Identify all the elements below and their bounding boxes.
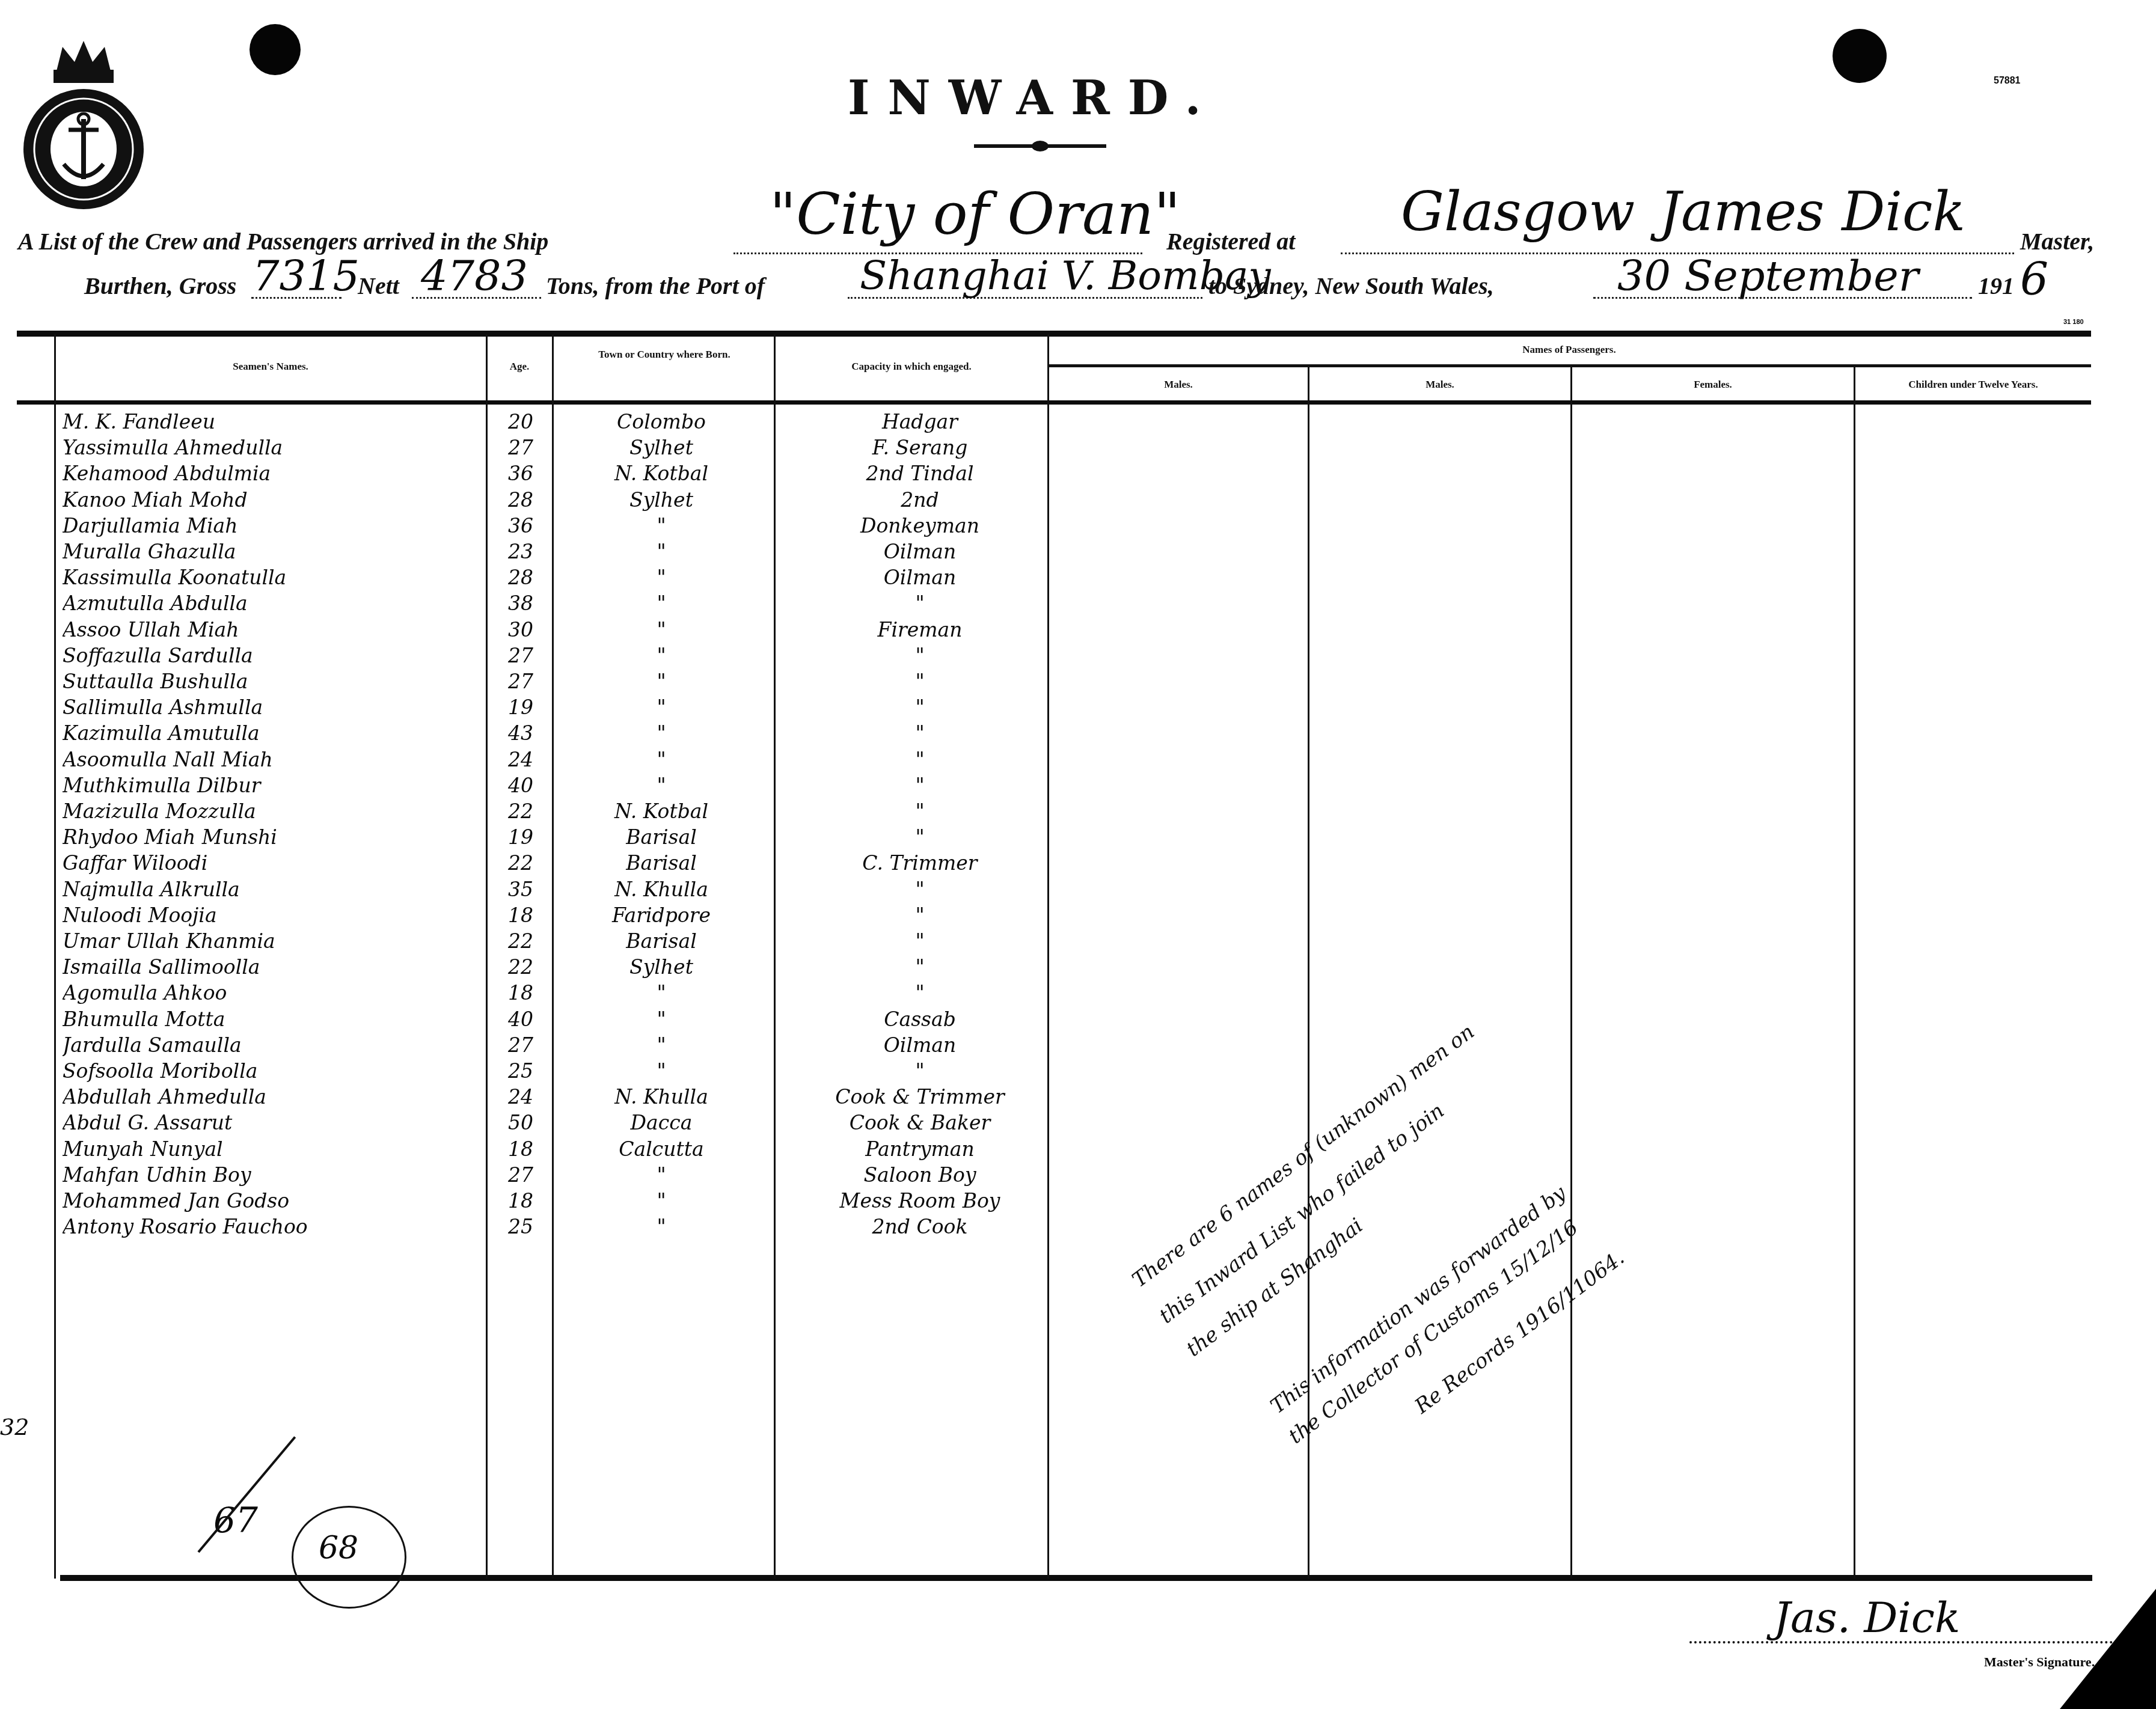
scan-corner-shadow	[2060, 1589, 2156, 1709]
crew-row: Munyah Nunyal18CalcuttaPantryman	[0, 1136, 1058, 1162]
crew-row: Muralla Ghazulla23"Oilman	[0, 539, 1058, 564]
crew-birthplace: "	[559, 539, 764, 564]
crew-row: Kazimulla Amutulla43""	[0, 720, 1058, 746]
crew-birthplace: "	[559, 720, 764, 746]
crew-row: Agomulla Ahkoo18""	[0, 980, 1058, 1006]
crew-capacity: 2nd Cook	[782, 1214, 1058, 1240]
crew-name: Darjullamia Miah	[63, 513, 477, 539]
crew-birthplace: "	[559, 1188, 764, 1214]
crew-age: 27	[492, 668, 550, 694]
crew-row: Antony Rosario Fauchoo25"2nd Cook	[0, 1214, 1058, 1240]
table-top-rule	[17, 331, 2091, 337]
crew-name: Rhydoo Miah Munshi	[63, 824, 477, 850]
crew-row: Muthkimulla Dilbur40""	[0, 772, 1058, 798]
crew-name: Abdullah Ahmedulla	[63, 1084, 477, 1110]
crew-age: 18	[492, 1136, 550, 1162]
title-ornament-rule	[974, 144, 1106, 148]
crew-birthplace: Barisal	[559, 850, 764, 876]
crew-name: Suttaulla Bushulla	[63, 668, 477, 694]
crew-age: 27	[492, 1162, 550, 1188]
crew-age: 18	[492, 1188, 550, 1214]
crew-age: 18	[492, 980, 550, 1006]
crew-birthplace: "	[559, 564, 764, 590]
document-title: INWARD.	[848, 71, 1219, 126]
table-header-bottom-rule	[17, 400, 2091, 405]
crew-row: Jardulla Samaulla27"Oilman	[0, 1032, 1058, 1058]
crew-name: Azmutulla Abdulla	[63, 590, 477, 616]
crew-row: Sofsoolla Moribolla25""	[0, 1058, 1058, 1084]
crew-birthplace: "	[559, 1006, 764, 1032]
crew-name: Kehamood Abdulmia	[63, 460, 477, 486]
crew-row: Rhydoo Miah Munshi19Barisal"	[0, 824, 1058, 850]
col-header-passengers-females: Females.	[1572, 379, 1854, 391]
crew-capacity: "	[782, 798, 1058, 824]
nett-tons-field[interactable]: 4783	[421, 251, 528, 301]
gross-tons-field[interactable]: 7315	[253, 251, 360, 301]
crew-birthplace: N. Khulla	[559, 1084, 764, 1110]
crew-birthplace: "	[559, 617, 764, 643]
crew-age: 40	[492, 1006, 550, 1032]
crew-age: 30	[492, 617, 550, 643]
crew-age: 43	[492, 720, 550, 746]
crew-birthplace: "	[559, 694, 764, 720]
crew-name: Nuloodi Moojia	[63, 902, 477, 928]
crew-age: 28	[492, 487, 550, 513]
crew-name: M. K. Fandleeu	[63, 409, 477, 435]
crew-capacity: F. Serang	[782, 435, 1058, 460]
crew-birthplace: "	[559, 747, 764, 772]
crew-age: 22	[492, 928, 550, 954]
crew-name: Muthkimulla Dilbur	[63, 772, 477, 798]
crew-birthplace: N. Kotbal	[559, 798, 764, 824]
crew-row: Suttaulla Bushulla27""	[0, 668, 1058, 694]
col-header-passengers: Names of Passengers.	[1047, 344, 2091, 356]
crew-age: 22	[492, 954, 550, 980]
crew-capacity: "	[782, 747, 1058, 772]
burthen-label: Burthen, Gross	[84, 272, 236, 300]
crew-birthplace: Sylhet	[559, 435, 764, 460]
crew-capacity: "	[782, 824, 1058, 850]
crew-age: 24	[492, 747, 550, 772]
crew-name: Muralla Ghazulla	[63, 539, 477, 564]
crew-capacity: Oilman	[782, 564, 1058, 590]
registered-label: Registered at	[1166, 227, 1295, 255]
crew-capacity: "	[782, 772, 1058, 798]
master-signature[interactable]: Jas. Dick	[1774, 1593, 1960, 1642]
crew-name: Umar Ullah Khanmia	[63, 928, 477, 954]
crew-row: Gaffar Wiloodi22BarisalC. Trimmer	[0, 850, 1058, 876]
crew-name: Mazizulla Mozzulla	[63, 798, 477, 824]
crew-capacity: Fireman	[782, 617, 1058, 643]
crew-birthplace: "	[559, 772, 764, 798]
crew-birthplace: N. Kotbal	[559, 460, 764, 486]
crew-row: Azmutulla Abdulla38""	[0, 590, 1058, 616]
col-header-passengers-males-1: Males.	[1049, 379, 1308, 391]
crew-name: Jardulla Samaulla	[63, 1032, 477, 1058]
crew-name: Sallimulla Ashmulla	[63, 694, 477, 720]
total-circled: 68	[319, 1530, 358, 1566]
crew-capacity: "	[782, 902, 1058, 928]
crew-birthplace: Barisal	[559, 928, 764, 954]
nett-label: Nett	[358, 272, 399, 300]
crew-row: Sallimulla Ashmulla19""	[0, 694, 1058, 720]
master-name-field[interactable]: James Dick	[1659, 180, 1965, 243]
crew-name: Ismailla Sallimoolla	[63, 954, 477, 980]
registered-port-field[interactable]: Glasgow	[1401, 180, 1635, 243]
crew-capacity: Pantryman	[782, 1136, 1058, 1162]
master-label: Master,	[2020, 227, 2094, 255]
crew-row: Ismailla Sallimoolla22Sylhet"	[0, 954, 1058, 980]
crew-birthplace: N. Khulla	[559, 876, 764, 902]
crew-capacity: "	[782, 590, 1058, 616]
from-port-label: Tons, from the Port of	[546, 272, 765, 300]
col-header-passengers-children: Children under Twelve Years.	[1855, 379, 2091, 391]
crew-age: 19	[492, 694, 550, 720]
crew-name: Bhumulla Motta	[63, 1006, 477, 1032]
arrival-date-field[interactable]: 30 September	[1617, 251, 1919, 301]
crew-age: 24	[492, 1084, 550, 1110]
crew-row: Mazizulla Mozzulla22N. Kotbal"	[0, 798, 1058, 824]
crew-capacity: Saloon Boy	[782, 1162, 1058, 1188]
crew-birthplace: "	[559, 643, 764, 668]
small-code: 31 180	[2063, 319, 2084, 326]
crew-name: Munyah Nunyal	[63, 1136, 477, 1162]
crew-row: Umar Ullah Khanmia22Barisal"	[0, 928, 1058, 954]
crew-capacity: "	[782, 954, 1058, 980]
crew-capacity: Cook & Trimmer	[782, 1084, 1058, 1110]
crew-row: Kanoo Miah Mohd28Sylhet2nd	[0, 487, 1058, 513]
crew-name: Gaffar Wiloodi	[63, 850, 477, 876]
year-printed: 191	[1978, 272, 2014, 300]
crew-capacity: 2nd Tindal	[782, 460, 1058, 486]
crew-age: 28	[492, 564, 550, 590]
crew-row: Assoo Ullah Miah30"Fireman	[0, 617, 1058, 643]
crew-row: Najmulla Alkrulla35N. Khulla"	[0, 876, 1058, 902]
crew-row: Abdul G. Assarut50DaccaCook & Baker	[0, 1110, 1058, 1136]
crew-capacity: "	[782, 980, 1058, 1006]
crew-row: Nuloodi Moojia18Faridpore"	[0, 902, 1058, 928]
crew-birthplace: "	[559, 980, 764, 1006]
to-sydney-label: to Sydney, New South Wales,	[1208, 272, 1494, 300]
punch-hole-right	[1833, 29, 1887, 83]
crew-name: Abdul G. Assarut	[63, 1110, 477, 1136]
crew-capacity: Hadgar	[782, 409, 1058, 435]
crew-name: Mohammed Jan Godso	[63, 1188, 477, 1214]
crew-row: Kassimulla Koonatulla28"Oilman	[0, 564, 1058, 590]
crew-birthplace: Sylhet	[559, 954, 764, 980]
crew-birthplace: "	[559, 1162, 764, 1188]
crew-age: 23	[492, 539, 550, 564]
crew-age: 40	[492, 772, 550, 798]
crew-age: 27	[492, 1032, 550, 1058]
ship-name-field[interactable]: "City of Oran"	[770, 180, 1180, 248]
crew-name: Sofsoolla Moribolla	[63, 1058, 477, 1084]
crew-capacity: Oilman	[782, 539, 1058, 564]
crew-birthplace: "	[559, 590, 764, 616]
passenger-subheader-rule	[1047, 364, 2091, 367]
crew-birthplace: Sylhet	[559, 487, 764, 513]
crew-age: 35	[492, 876, 550, 902]
crew-row: Kehamood Abdulmia36N. Kotbal2nd Tindal	[0, 460, 1058, 486]
crew-birthplace: Faridpore	[559, 902, 764, 928]
crew-capacity: "	[782, 643, 1058, 668]
crew-row: Abdullah Ahmedulla24N. KhullaCook & Trim…	[0, 1084, 1058, 1110]
crew-birthplace: "	[559, 1032, 764, 1058]
crew-capacity: Cook & Baker	[782, 1110, 1058, 1136]
crew-age: 20	[492, 409, 550, 435]
crew-row: Mohammed Jan Godso18"Mess Room Boy	[0, 1188, 1058, 1214]
crew-age: 19	[492, 824, 550, 850]
crew-birthplace: Barisal	[559, 824, 764, 850]
crew-age: 22	[492, 850, 550, 876]
year-hand-field[interactable]: 6	[2020, 254, 2048, 305]
crew-capacity: "	[782, 1058, 1058, 1084]
crew-row: Mahfan Udhin Boy27"Saloon Boy	[0, 1162, 1058, 1188]
crew-name: Kassimulla Koonatulla	[63, 564, 477, 590]
crew-birthplace: "	[559, 1214, 764, 1240]
crew-row: Bhumulla Motta40"Cassab	[0, 1006, 1058, 1032]
crew-birthplace: Calcutta	[559, 1136, 764, 1162]
crew-capacity: Donkeyman	[782, 513, 1058, 539]
crew-capacity: Oilman	[782, 1032, 1058, 1058]
col-divider-6	[1570, 367, 1572, 1579]
crew-row: M. K. Fandleeu20ColomboHadgar	[0, 409, 1058, 435]
col-header-passengers-males-2: Males.	[1309, 379, 1570, 391]
col-header-capacity: Capacity in which engaged.	[776, 361, 1047, 373]
crew-name: Agomulla Ahkoo	[63, 980, 477, 1006]
form-number: 57881	[1994, 76, 2021, 87]
crew-capacity: "	[782, 928, 1058, 954]
margin-mark: 32	[0, 1414, 29, 1440]
crew-row: Soffazulla Sardulla27""	[0, 643, 1058, 668]
crew-birthplace: "	[559, 1058, 764, 1084]
crew-age: 25	[492, 1058, 550, 1084]
crew-birthplace: "	[559, 668, 764, 694]
anchor-crown-seal-icon	[20, 29, 147, 209]
col-divider-7	[1854, 367, 1855, 1579]
crew-age: 25	[492, 1214, 550, 1240]
crew-name: Antony Rosario Fauchoo	[63, 1214, 477, 1240]
crew-row: Asoomulla Nall Miah24""	[0, 747, 1058, 772]
crew-capacity: Mess Room Boy	[782, 1188, 1058, 1214]
punch-hole-left	[250, 24, 301, 75]
crew-row: Yassimulla Ahmedulla27SylhetF. Serang	[0, 435, 1058, 460]
crew-age: 18	[492, 902, 550, 928]
crew-name: Mahfan Udhin Boy	[63, 1162, 477, 1188]
crew-name: Kanoo Miah Mohd	[63, 487, 477, 513]
crew-capacity: Cassab	[782, 1006, 1058, 1032]
crew-capacity: "	[782, 876, 1058, 902]
crew-capacity: 2nd	[782, 487, 1058, 513]
crew-capacity: "	[782, 694, 1058, 720]
crew-name: Najmulla Alkrulla	[63, 876, 477, 902]
crew-capacity: "	[782, 720, 1058, 746]
col-header-age: Age.	[487, 361, 552, 373]
crew-capacity: "	[782, 668, 1058, 694]
crew-age: 36	[492, 513, 550, 539]
crew-row: Darjullamia Miah36"Donkeyman	[0, 513, 1058, 539]
crew-capacity: C. Trimmer	[782, 850, 1058, 876]
crew-name: Asoomulla Nall Miah	[63, 747, 477, 772]
crew-name: Soffazulla Sardulla	[63, 643, 477, 668]
crew-age: 27	[492, 435, 550, 460]
col-header-name: Seamen's Names.	[60, 361, 481, 373]
crew-age: 22	[492, 798, 550, 824]
crew-age: 38	[492, 590, 550, 616]
crew-name: Kazimulla Amutulla	[63, 720, 477, 746]
col-header-town: Town or Country where Born.	[592, 349, 737, 361]
crew-birthplace: Colombo	[559, 409, 764, 435]
crew-age: 50	[492, 1110, 550, 1136]
crew-age: 36	[492, 460, 550, 486]
crew-birthplace: "	[559, 513, 764, 539]
crew-birthplace: Dacca	[559, 1110, 764, 1136]
crew-name: Assoo Ullah Miah	[63, 617, 477, 643]
crew-age: 27	[492, 643, 550, 668]
crew-name: Yassimulla Ahmedulla	[63, 435, 477, 460]
